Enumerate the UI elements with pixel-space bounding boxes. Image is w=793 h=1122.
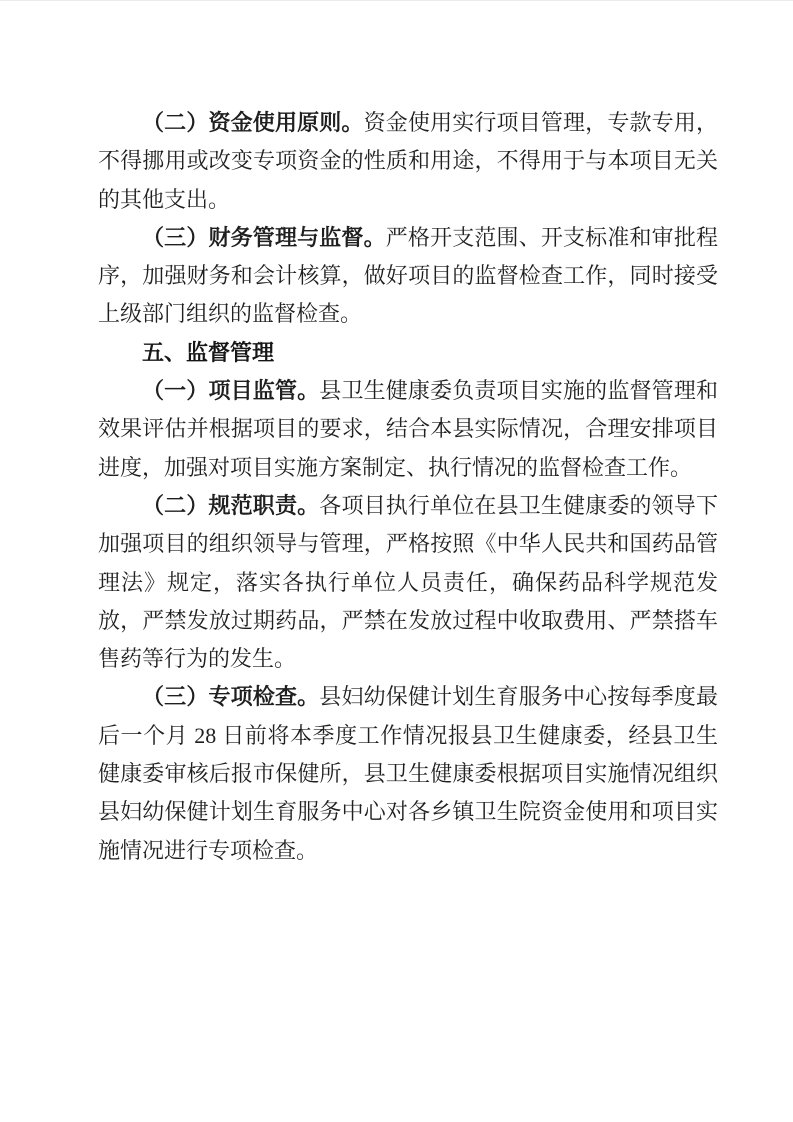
paragraph: （一）项目监管。县卫生健康委负责项目实施的监督管理和效果评估并根据项目的要求，结… xyxy=(98,372,718,487)
section-heading: 五、监督管理 xyxy=(98,334,718,372)
paragraph-label: （二）规范职责。 xyxy=(142,493,319,518)
paragraph: （三）专项检查。县妇幼保健计划生育服务中心按每季度最后一个月 28 日前将本季度… xyxy=(98,678,718,869)
paragraph-label: （二）资金使用原则。 xyxy=(142,110,364,135)
paragraph-label: （三）财务管理与监督。 xyxy=(142,225,386,250)
paragraph-text: 各项目执行单位在县卫生健康委的领导下加强项目的组织领导与管理，严格按照《中华人民… xyxy=(98,493,718,671)
paragraph-text: 县妇幼保健计划生育服务中心按每季度最后一个月 28 日前将本季度工作情况报县卫生… xyxy=(98,684,718,862)
paragraph-label: （三）专项检查。 xyxy=(142,684,319,709)
document-content: （二）资金使用原则。资金使用实行项目管理，专款专用，不得挪用或改变专项资金的性质… xyxy=(98,104,718,870)
document-page: （二）资金使用原则。资金使用实行项目管理，专款专用，不得挪用或改变专项资金的性质… xyxy=(0,0,793,1122)
paragraph: （二）资金使用原则。资金使用实行项目管理，专款专用，不得挪用或改变专项资金的性质… xyxy=(98,104,718,219)
paragraph-label: （一）项目监管。 xyxy=(142,378,319,403)
paragraph: （二）规范职责。各项目执行单位在县卫生健康委的领导下加强项目的组织领导与管理，严… xyxy=(98,487,718,678)
paragraph: （三）财务管理与监督。严格开支范围、开支标准和审批程序，加强财务和会计核算，做好… xyxy=(98,219,718,334)
